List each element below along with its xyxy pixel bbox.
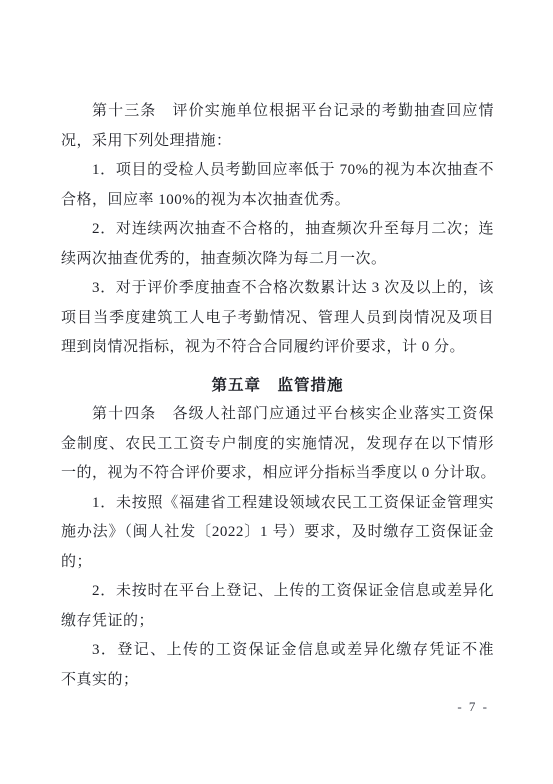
chapter-heading: 第五章 监管措施: [61, 371, 494, 401]
body-line: 1．未按照《福建省工程建设领域农民工工资保证金管理实: [61, 489, 494, 519]
body-line: 理到岗情况指标，视为不符合合同履约评价要求，计 0 分。: [61, 333, 494, 363]
body-line: 缴存凭证的；: [61, 607, 494, 637]
body-line: 3．登记、上传的工资保证金信息或差异化缴存凭证不准确、: [61, 636, 494, 666]
body-line: 项目当季度建筑工人电子考勤情况、管理人员到岗情况及项目经: [61, 304, 494, 334]
document-page: 第十三条 评价实施单位根据平台记录的考勤抽查回应情况，采用下列处理措施：1．项目…: [0, 0, 553, 784]
body-line: 第十四条 各级人社部门应通过平台核实企业落实工资保证: [61, 400, 494, 430]
body-line: 的；: [61, 548, 494, 578]
body-line: 合格，回应率 100%的视为本次抽查优秀。: [61, 186, 494, 216]
body-line: 不真实的；: [61, 666, 494, 696]
body-line: 2．对连续两次抽查不合格的，抽查频次升至每月二次；连: [61, 215, 494, 245]
body-line: 况，采用下列处理措施：: [61, 127, 494, 157]
page-number: - 7 -: [457, 699, 489, 715]
body-line: 一的，视为不符合评价要求，相应评分指标当季度以 0 分计取。: [61, 459, 494, 489]
body-line: 第十三条 评价实施单位根据平台记录的考勤抽查回应情: [61, 97, 494, 127]
body-line: 施办法》（闽人社发〔2022〕1 号）要求，及时缴存工资保证金: [61, 518, 494, 548]
body-line: 1．项目的受检人员考勤回应率低于 70%的视为本次抽查不: [61, 156, 494, 186]
body-line: 金制度、农民工工资专户制度的实施情况，发现存在以下情形之: [61, 430, 494, 460]
document-content: 第十三条 评价实施单位根据平台记录的考勤抽查回应情况，采用下列处理措施：1．项目…: [61, 97, 494, 695]
body-line: 续两次抽查优秀的，抽查频次降为每二月一次。: [61, 245, 494, 275]
body-line: 2．未按时在平台上登记、上传的工资保证金信息或差异化: [61, 577, 494, 607]
body-line: 3．对于评价季度抽查不合格次数累计达 3 次及以上的，该: [61, 274, 494, 304]
